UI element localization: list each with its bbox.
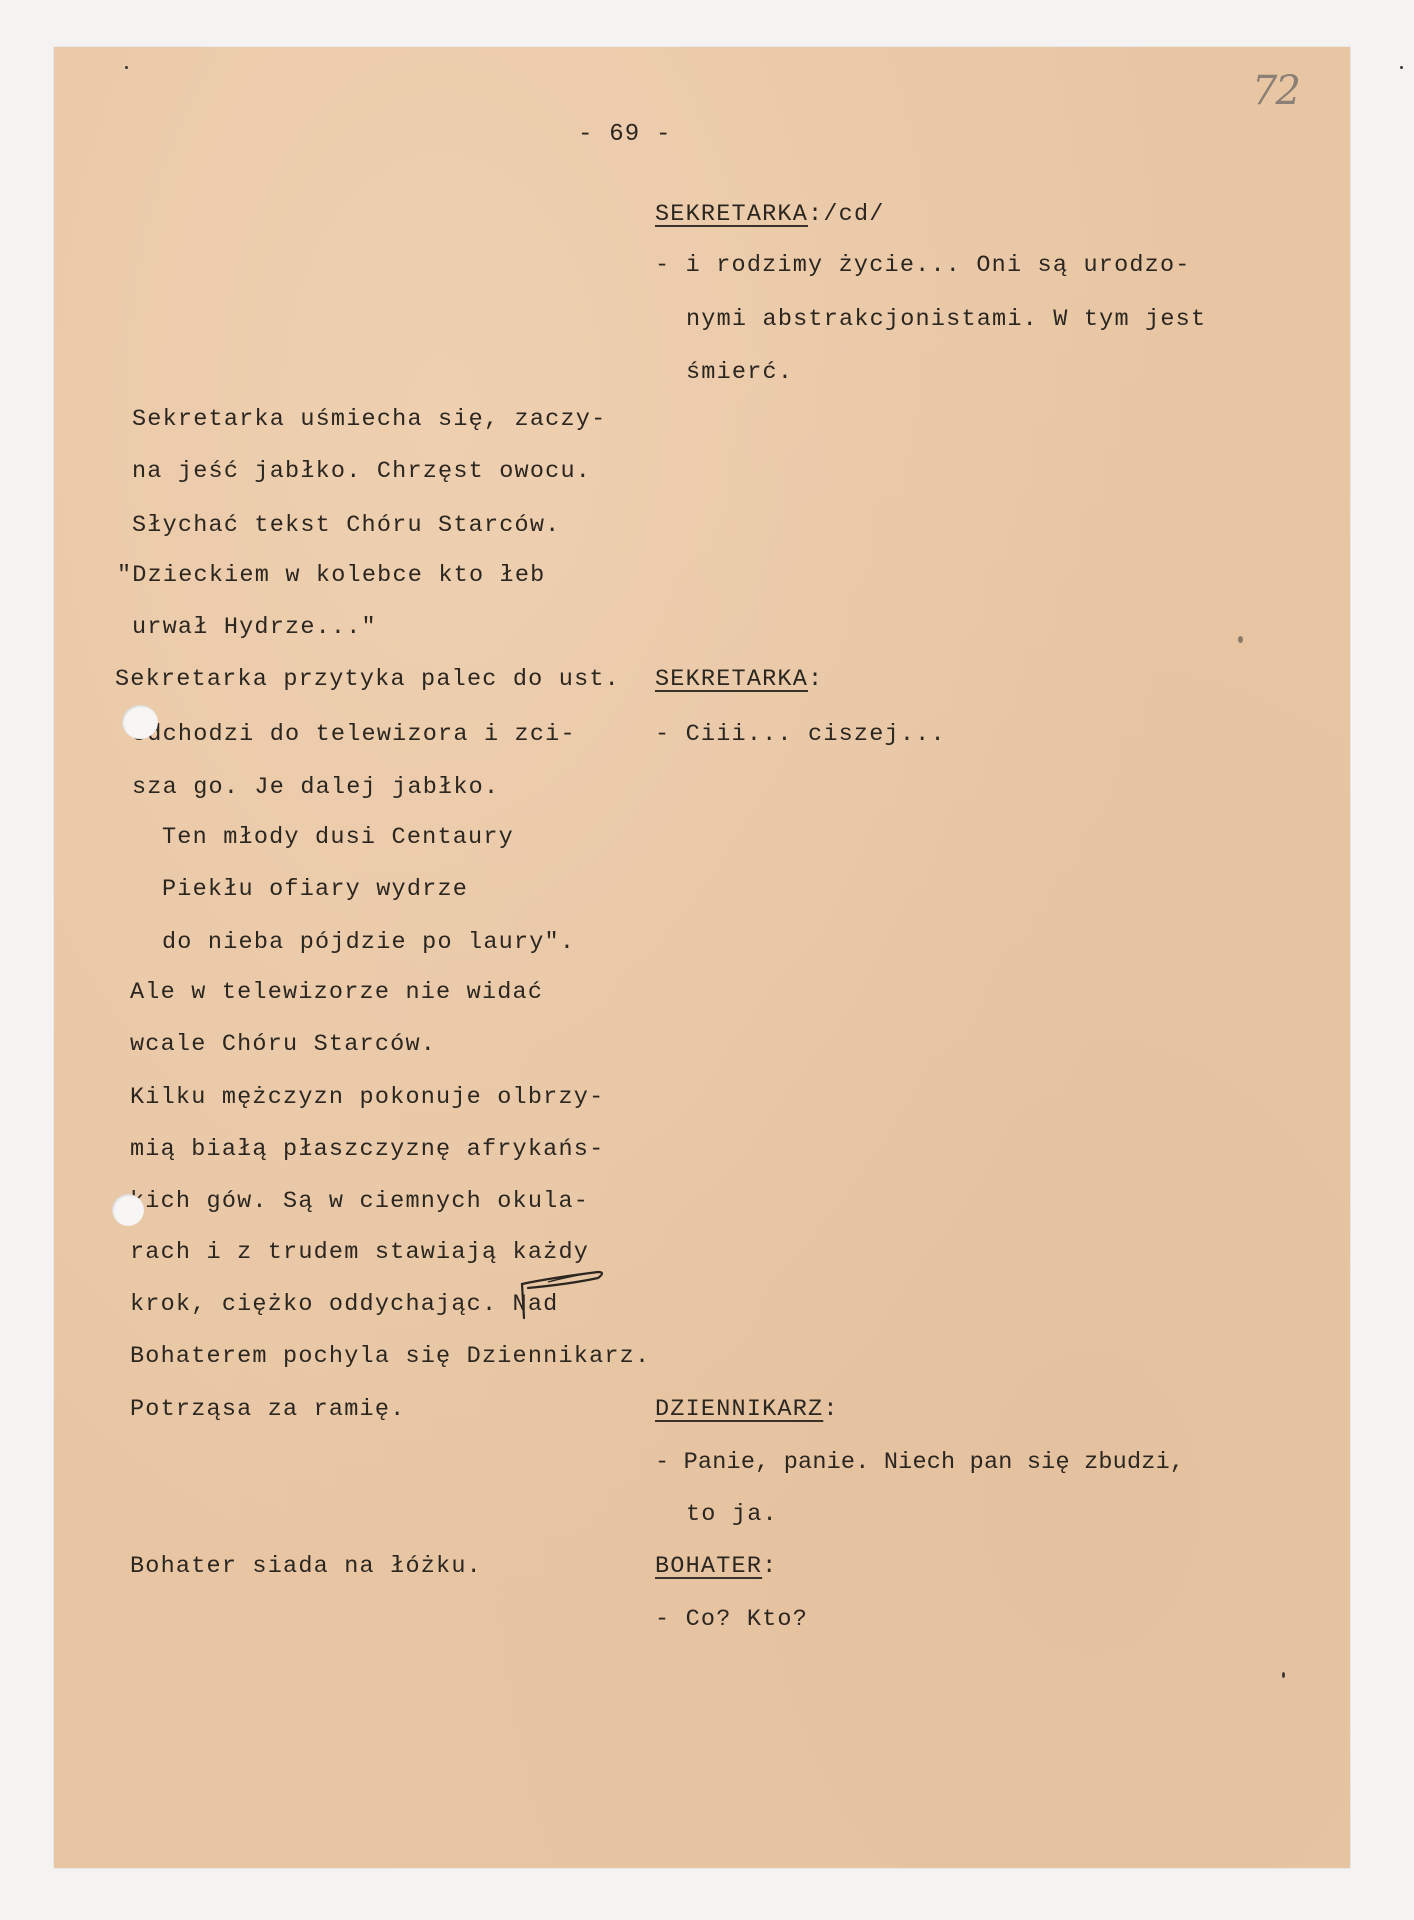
- stage-direction-line: Słychać tekst Chóru Starców.: [132, 511, 560, 541]
- stage-direction-line: Kilku mężczyzn pokonuje olbrzy-: [130, 1083, 604, 1113]
- speaker-suffix: :/cd/: [808, 201, 885, 228]
- page-number: - 69 -: [578, 120, 672, 150]
- stage-direction-line: mią białą płaszczyznę afrykańs-: [130, 1135, 604, 1165]
- stage-direction-line: Potrząsa za ramię.: [130, 1395, 405, 1425]
- speaker-heading-sekretarka-cd: SEKRETARKA:/cd/: [655, 200, 885, 230]
- dialogue-line: nymi abstrakcjonistami. W tym jest: [686, 305, 1206, 335]
- stage-direction-line: na jeść jabłko. Chrzęst owocu.: [132, 457, 591, 487]
- stage-direction-line: Ale w telewizorze nie widać: [130, 978, 543, 1008]
- poem-line: do nieba pójdzie po laury".: [162, 928, 575, 958]
- dialogue-line: - Ciii... ciszej...: [655, 720, 946, 750]
- paper-speck: [1400, 66, 1403, 69]
- stage-direction-line: Bohaterem pochyla się Dziennikarz.: [130, 1342, 650, 1372]
- poem-line: Piekłu ofiary wydrze: [162, 875, 468, 905]
- stage-direction-line: "Dzieckiem w kolebce kto łeb: [117, 561, 545, 591]
- paper-speck: [1238, 636, 1243, 643]
- speaker-heading-bohater: BOHATER:: [655, 1552, 777, 1582]
- paper-speck: [125, 66, 128, 69]
- dialogue-line: - Panie, panie. Niech pan się zbudzi,: [655, 1448, 1184, 1478]
- stage-direction-line: krok, ciężko oddychając. Nad: [130, 1290, 558, 1320]
- speaker-name: SEKRETARKA: [655, 201, 808, 228]
- handwritten-insertion-mark: [510, 1262, 610, 1332]
- stage-direction-line: Sekretarka uśmiecha się, zaczy-: [132, 405, 606, 435]
- stage-direction-line: Sekretarka przytyka palec do ust.: [115, 665, 620, 695]
- speaker-suffix: :: [762, 1553, 777, 1580]
- punch-hole: [112, 1194, 144, 1226]
- speaker-name: DZIENNIKARZ: [655, 1396, 823, 1423]
- speaker-suffix: :: [823, 1396, 838, 1423]
- dialogue-line: - Co? Kto?: [655, 1605, 808, 1635]
- poem-line: Ten młody dusi Centaury: [162, 823, 514, 853]
- speaker-name: SEKRETARKA: [655, 666, 808, 693]
- stage-direction-line: wcale Chóru Starców.: [130, 1030, 436, 1060]
- speaker-heading-dziennikarz: DZIENNIKARZ:: [655, 1395, 839, 1425]
- speaker-heading-sekretarka: SEKRETARKA:: [655, 665, 823, 695]
- paper-speck: [1282, 1672, 1285, 1678]
- dialogue-line: śmierć.: [686, 358, 793, 388]
- speaker-suffix: :: [808, 666, 823, 693]
- stage-direction-line: urwał Hydrze...": [132, 613, 377, 643]
- stage-direction-line: Bohater siada na łóżku.: [130, 1552, 482, 1582]
- speaker-name: BOHATER: [655, 1553, 762, 1580]
- stage-direction-line: kich gów. Są w ciemnych okula-: [130, 1187, 589, 1217]
- punch-hole: [122, 705, 158, 739]
- stage-direction-line: odchodzi do telewizora i zci-: [132, 720, 576, 750]
- dialogue-line: - i rodzimy życie... Oni są urodzo-: [655, 251, 1191, 281]
- stage-direction-line: sza go. Je dalej jabłko.: [132, 773, 499, 803]
- dialogue-line: to ja.: [686, 1500, 778, 1530]
- handwritten-folio-number: 72: [1252, 68, 1299, 114]
